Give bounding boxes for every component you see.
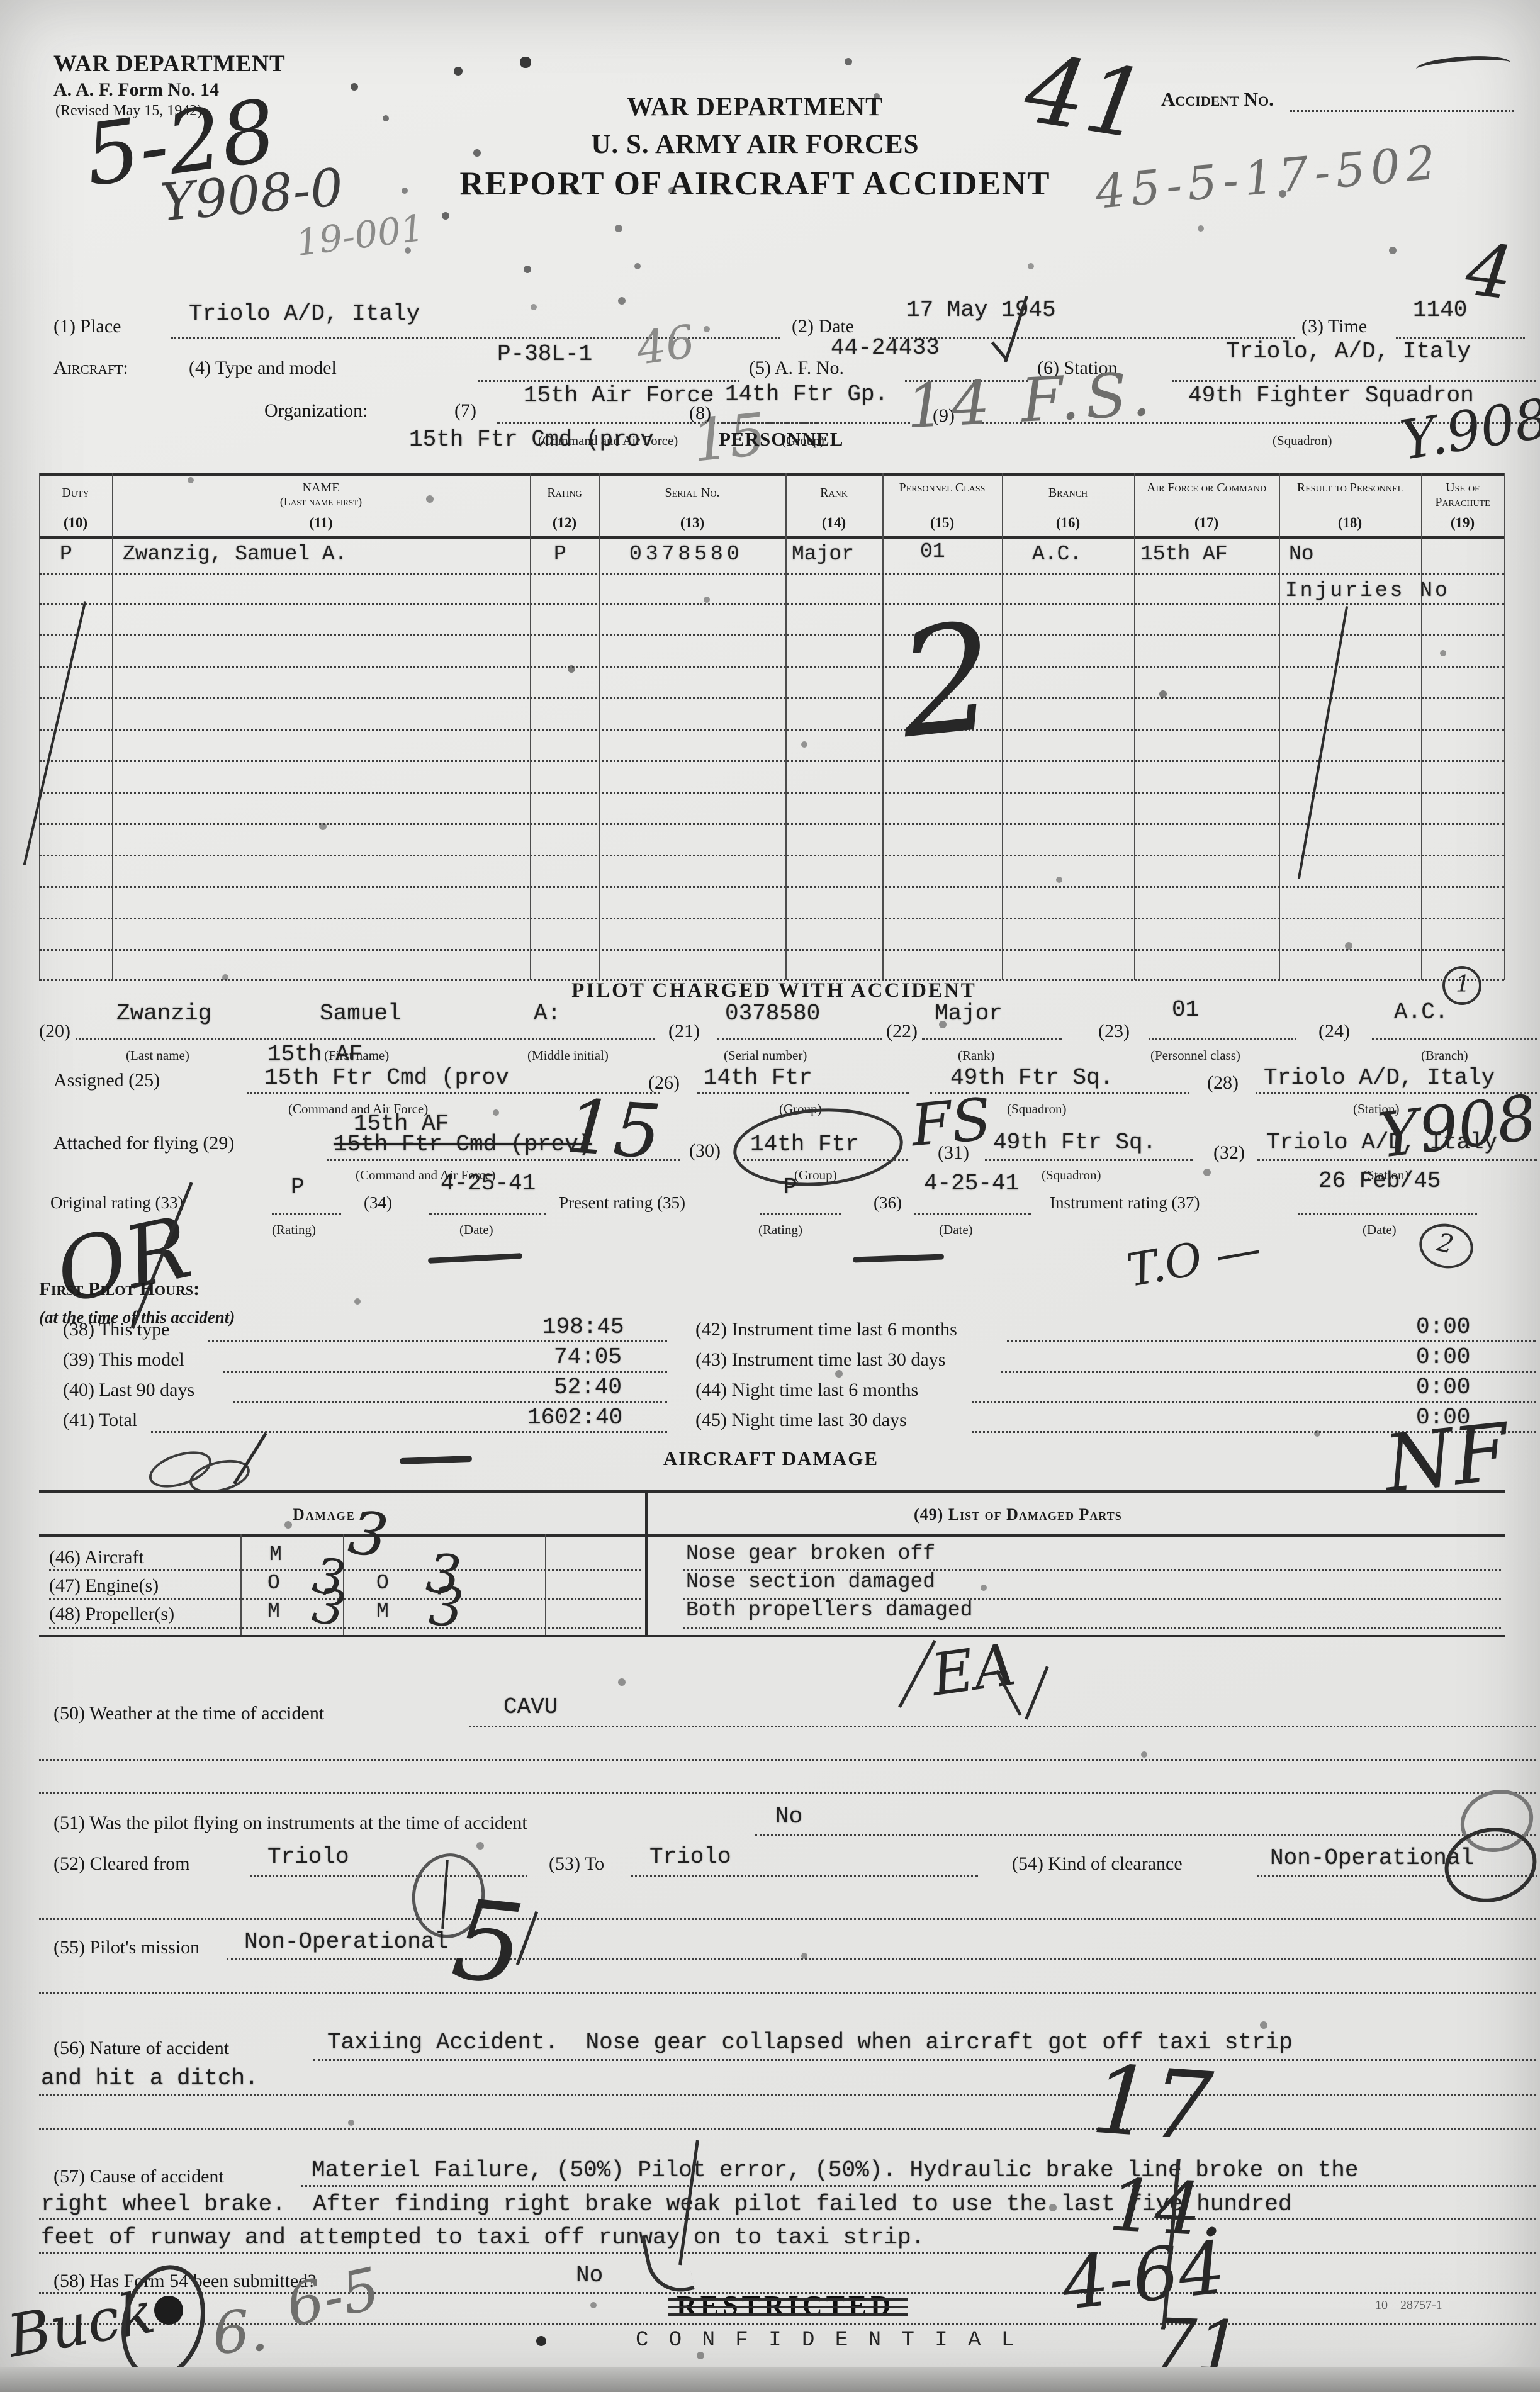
table-vline [599,473,600,980]
f20-sub-last: (Last name) [126,1048,189,1064]
damage-bottom-rule [39,1635,1505,1637]
pilot-section-heading: PILOT CHARGED WITH ACCIDENT [441,979,1108,1002]
pen-scribble-stroke [233,1432,267,1485]
organization-8-num: (8) [689,403,711,424]
table-top-rule [39,473,1505,476]
table-vline [1279,473,1280,980]
title-report: REPORT OF AIRCRAFT ACCIDENT [441,165,1070,203]
f20-sub-mi: (Middle initial) [527,1048,609,1064]
damage-top-rule [39,1490,1505,1493]
col-num: (13) [599,515,785,531]
col-title: Duty [62,486,89,500]
f20-first: Samuel [320,1001,402,1026]
col-header-rating: Rating [530,486,599,500]
table-row-line [39,855,1504,856]
col-title: Air Force or Command [1147,481,1266,495]
confidential-bullet [536,2336,546,2346]
row1-rank: Major [792,542,854,566]
f37-sub: (Date) [1363,1222,1397,1238]
f30-value: 14th Ftr [750,1131,859,1157]
col-num: (12) [530,515,599,531]
scan-bottom-edge [0,2367,1540,2392]
f20-line [76,1038,655,1040]
f25-value: 15th Ftr Cmd (prov [264,1065,509,1091]
col-title: Personnel Class [899,481,986,495]
f37-label: Instrument rating (37) [1050,1193,1200,1213]
f57-underline3 [39,2252,1536,2254]
f57-line2: right wheel brake. After finding right b… [41,2191,1292,2217]
prov-line-value: 15th Ftr Cmd (prov [409,427,654,452]
col-title: Branch [1048,486,1088,500]
f35-label: Present rating (35) [559,1193,685,1213]
hours-38-label: (38) This type [63,1319,169,1340]
handwritten-type-46: 46 [634,318,697,371]
f33-sub: (Rating) [272,1222,316,1238]
damage-47-b: O [376,1571,389,1595]
f23-line [1149,1038,1296,1040]
row1-rating: P [554,542,566,566]
f35-value: P [784,1174,797,1200]
hours-heading: First Pilot Hours: [39,1277,200,1300]
f30-line [743,1159,908,1161]
col-title: Rank [820,486,848,500]
af-no-value: 44-24433 [831,335,940,361]
f26-value: 14th Ftr [704,1065,812,1091]
table-row-line [39,760,1504,762]
f35-sub: (Rating) [758,1222,802,1238]
f30-sub: (Group) [794,1167,837,1183]
f20-mi: A: [534,1001,561,1026]
f22-num: (22) [886,1021,918,1042]
hours-44-label: (44) Night time last 6 months [695,1379,918,1401]
col-header-serial: Serial No. [599,486,785,500]
f21-line [717,1038,882,1040]
f34-sub: (Date) [459,1222,493,1238]
damage-parts-header: (49) List of Damaged Parts [914,1505,1122,1524]
col-title: Rating [547,486,582,500]
f23-value: 01 [1172,997,1199,1023]
f55-label: (55) Pilot's mission [53,1937,200,1958]
hours-40-label: (40) Last 90 days [63,1379,194,1401]
damage-vline [545,1534,546,1636]
damage-divider [645,1490,648,1636]
hours-39-label: (39) This model [63,1349,184,1371]
organization-7-value: 15th Air Force [524,383,714,408]
f52-value: Triolo [267,1844,349,1870]
assigned-label: Assigned (25) [53,1070,160,1091]
hours-38-value: 198:45 [542,1314,624,1340]
f24-line [1372,1038,1537,1040]
blank-line [39,1792,1536,1794]
col-num: (11) [112,515,530,531]
hours-41-label: (41) Total [63,1410,137,1431]
table-row-line [39,918,1504,919]
table-vline [1002,473,1003,980]
time-value: 1140 [1413,297,1467,323]
f54-value: Non-Operational [1270,1845,1474,1871]
col-title: NAME [303,481,340,495]
table-row-line [39,792,1504,794]
f56-underline2 [39,2094,1536,2096]
pencil-squiggle [1415,53,1511,78]
print-code: 10—28757-1 [1375,2298,1442,2313]
f25-above: 15th AF [267,1042,363,1067]
col-num: (14) [785,515,882,531]
table-vline [1504,473,1505,980]
col-num: (16) [1002,515,1134,531]
f22-value: Major [935,1001,1003,1026]
type-model-value: P-38L-1 [497,341,592,367]
row1-command: 15th AF [1140,542,1228,566]
col-header-duty: Duty [39,486,112,500]
row1-branch: A.C. [1032,542,1082,566]
restricted-strike [668,2298,908,2301]
handwritten-14fs: 14 F.S. [905,364,1158,437]
col-header-result: Result to Personnel [1279,481,1421,495]
damage-header-rule [39,1534,1505,1537]
f28-value: Triolo A/D, Italy [1264,1065,1495,1091]
damage-48-a: M [267,1600,280,1623]
f20-last: Zwanzig [116,1001,211,1026]
col-header-parachute: Use of Parachute [1421,481,1504,510]
damage-heading: AIRCRAFT DAMAGE [614,1447,928,1470]
damage-46-a: M [269,1543,282,1566]
col-title: Result to Personnel [1297,481,1403,495]
row2-injuries-note: Injuries No [1285,579,1450,602]
table-row-line [39,697,1504,699]
col-subtitle: (Last name first) [280,495,362,508]
f23-sub: (Personnel class) [1150,1048,1240,1064]
f22-line [922,1038,1062,1040]
station-line [1172,380,1536,382]
f30-num: (30) [689,1140,721,1162]
f37-value: 26 Feb/45 [1318,1168,1441,1194]
f36-num: (36) [874,1193,902,1213]
time-label: (3) Time [1301,316,1367,337]
table-vline [1134,473,1135,980]
col-num: (10) [39,515,112,531]
hours-40-line [233,1401,667,1403]
table-row-line [39,886,1504,888]
damage-48-label: (48) Propeller(s) [49,1603,174,1625]
row1-duty: P [60,542,72,566]
confidential-stamp: C O N F I D E N T I A L [636,2328,1018,2352]
date-value: 17 May 1945 [906,297,1056,323]
row1-result: No [1289,542,1314,566]
damage-48-b: M [376,1600,389,1623]
blank-line [39,2128,1536,2130]
f58-value: No [576,2262,603,2288]
damage-47-a: O [267,1571,280,1595]
f28-num: (28) [1207,1072,1239,1094]
hours-43-line [1001,1371,1536,1373]
f54-label: (54) Kind of clearance [1012,1853,1183,1875]
organization-7-num: (7) [454,400,476,422]
f27-sub: (Squadron) [1007,1101,1066,1117]
f57-line3: feet of runway and attempted to taxi off… [41,2225,925,2250]
hours-44-line [972,1401,1536,1403]
table-row-line [39,823,1504,825]
damage-vline [240,1534,242,1636]
f36-value: 4-25-41 [924,1171,1019,1196]
damage-48-line-r [683,1627,1501,1629]
handwritten-6: 6. [211,2301,270,2363]
f33-line [272,1213,341,1215]
handwritten-to: T.O — [1123,1225,1264,1293]
f56-line2: and hit a ditch. [41,2065,259,2091]
hours-40-value: 52:40 [554,1374,622,1400]
handwritten-class-2: 2 [892,603,1001,760]
blank-line [39,1918,1536,1920]
f52-label: (52) Cleared from [53,1853,190,1875]
handwritten-slash-duty [23,601,87,865]
organization-8-value: 14th Ftr Gp. [725,381,888,407]
table-vline [785,473,787,980]
f32-num: (32) [1213,1142,1245,1164]
handwritten-41: 41 [1019,42,1152,154]
f24-sub: (Branch) [1421,1048,1468,1064]
f50-line [469,1726,1536,1727]
circled-2: 2 [1435,1230,1456,1257]
handwritten-time-4: 4 [1462,233,1517,311]
hours-39-line [223,1371,667,1373]
damage-47-part: Nose section damaged [686,1570,935,1593]
form-corner-line1: WAR DEPARTMENT [53,50,286,77]
hours-45-label: (45) Night time last 30 days [695,1410,907,1431]
f26-line [697,1092,909,1094]
row1-pclass: 01 [920,540,945,563]
handwritten-3: 3 [346,1503,391,1567]
f32-line [1257,1159,1537,1161]
hours-38-line [208,1340,667,1342]
blank-line [39,1759,1536,1761]
col-header-branch: Branch [1002,486,1134,500]
table-vline [530,473,531,980]
table-vline [112,473,113,980]
type-model-label: (4) Type and model [189,357,337,379]
f34-num: (34) [364,1193,392,1213]
table-row-line [39,603,1504,605]
f52-line [250,1875,527,1877]
handwritten-5: 5 [447,1885,529,2002]
handwritten-ea: EA [928,1636,1019,1705]
f21-value: 0378580 [725,1001,820,1026]
f50-label: (50) Weather at the time of accident [53,1703,324,1724]
handwritten-dash-34 [428,1253,522,1264]
col-num: (17) [1134,515,1279,531]
f51-line [755,1834,1536,1836]
f24-value: A.C. [1394,999,1448,1025]
col-header-class: Personnel Class [882,481,1002,495]
hours-41-value: 1602:40 [527,1405,622,1430]
table-row-line [39,634,1504,636]
f35-line [760,1213,841,1215]
handwritten-att-15: 15 [564,1089,663,1169]
f31-sub: (Squadron) [1042,1167,1101,1183]
damage-47-label: (47) Engine(s) [49,1575,159,1597]
damage-col-header: Damage [293,1505,356,1524]
f56-underline1 [313,2059,1536,2061]
organization-8-line [722,422,910,424]
f21-sub: (Serial number) [724,1048,807,1064]
f31-value: 49th Ftr Sq. [993,1130,1156,1155]
accident-no-label: Accident No. [1161,88,1274,111]
col-header-command: Air Force or Command [1134,481,1279,495]
f21-num: (21) [668,1021,700,1042]
hours-43-label: (43) Instrument time last 30 days [695,1349,945,1371]
f53-value: Triolo [649,1844,731,1870]
f55-value: Non-Operational [244,1929,448,1955]
f23-num: (23) [1098,1021,1130,1042]
f20-num: (20) [39,1021,70,1042]
attached-label: Attached for flying (29) [53,1133,234,1154]
place-value: Triolo A/D, Italy [189,301,420,327]
f29-line [327,1159,680,1161]
row1-serial: 0378580 [629,542,743,566]
hours-42-line [1007,1340,1536,1342]
table-header-rule [39,536,1505,539]
station-value: Triolo, A/D, Italy [1226,339,1471,364]
f51-label: (51) Was the pilot flying on instruments… [53,1812,527,1834]
f51-value: No [775,1804,802,1829]
table-row-line [39,729,1504,731]
blank-line [39,1992,1536,1994]
f31-line [985,1159,1193,1161]
organization-9-sublabel: (Squadron) [1273,433,1332,449]
hours-39-value: 74:05 [554,1344,622,1370]
col-num: (18) [1279,515,1421,531]
table-row-line [39,666,1504,668]
handwritten-slash-command [1298,606,1348,879]
place-label: (1) Place [53,316,121,337]
f36-line [914,1213,1031,1215]
personnel-heading: PERSONNEL [719,428,843,451]
col-header-name: NAME (Last name first) [112,481,530,508]
f37-line [1298,1213,1477,1215]
handwritten-ea-stroke [898,1640,936,1708]
accident-report-page: WAR DEPARTMENT A. A. F. Form No. 14 (Rev… [0,0,1540,2392]
damage-48-part: Both propellers damaged [686,1598,972,1622]
f33-value: P [291,1174,305,1200]
table-row-line [39,949,1504,951]
f53-label: (53) To [549,1853,604,1875]
damage-48-line-l [49,1627,641,1629]
handwritten-dash-36 [853,1254,944,1262]
f31-num: (31) [938,1142,969,1164]
col-title: Serial No. [665,486,720,500]
title-war-department: WAR DEPARTMENT [441,91,1070,121]
col-num: (19) [1421,515,1504,531]
title-usaaf: U. S. ARMY AIR FORCES [441,129,1070,160]
f22-sub: (Rank) [958,1048,994,1064]
f55-line [227,1958,1536,1960]
f57-underline1 [301,2185,1536,2187]
date-label: (2) Date [792,316,854,337]
f57-label: (57) Cause of accident [53,2166,224,2187]
restricted-strike [668,2313,908,2316]
type-model-line [478,380,739,382]
pen-flourish-50b [1025,1666,1048,1719]
f24-num: (24) [1318,1021,1350,1042]
f57-underline2 [39,2218,1536,2220]
hours-42-value: 0:00 [1416,1314,1470,1340]
f34-value: 4-25-41 [441,1171,536,1196]
f29-struck-value: 15th Ftr Cmd (prev) [334,1131,592,1157]
hours-41-line [151,1431,667,1433]
handwritten-17: 17 [1089,2053,1215,2155]
f34-line [429,1213,546,1215]
f50-value: CAVU [503,1694,558,1720]
hours-43-value: 0:00 [1416,1344,1470,1370]
hours-44-value: 0:00 [1416,1374,1470,1400]
hours-42-label: (42) Instrument time last 6 months [695,1319,957,1340]
scan-noise-speckles [0,0,4,4]
handwritten-dash-total [400,1456,472,1464]
damage-46-part: Nose gear broken off [686,1542,935,1565]
accident-no-line [1290,110,1514,112]
f53-line [631,1875,978,1877]
col-header-rank: Rank [785,486,882,500]
af-no-label: (5) A. F. No. [749,357,844,379]
col-title: Use of Parachute [1424,481,1502,510]
pen-blob [154,2296,183,2325]
f56-label: (56) Nature of accident [53,2038,229,2059]
f36-sub: (Date) [939,1222,973,1238]
col-num: (15) [882,515,1002,531]
row1-name: Zwanzig, Samuel A. [123,542,347,566]
table-row-line [39,573,1504,575]
handwritten-y908-station: Y908 [1375,1087,1540,1167]
table-vline [39,473,40,980]
handwritten-accident-no: 45-5-17-502 [1094,139,1443,216]
restricted-strike [668,2306,908,2308]
aircraft-label: Aircraft: [53,357,128,379]
table-vline [1421,473,1422,980]
handwritten-circle-2: 2 [1415,1219,1478,1273]
table-vline [882,473,884,980]
damage-46-label: (46) Aircraft [49,1547,144,1568]
circled-1: 1 [1456,974,1470,996]
organization-label: Organization: [264,400,368,422]
